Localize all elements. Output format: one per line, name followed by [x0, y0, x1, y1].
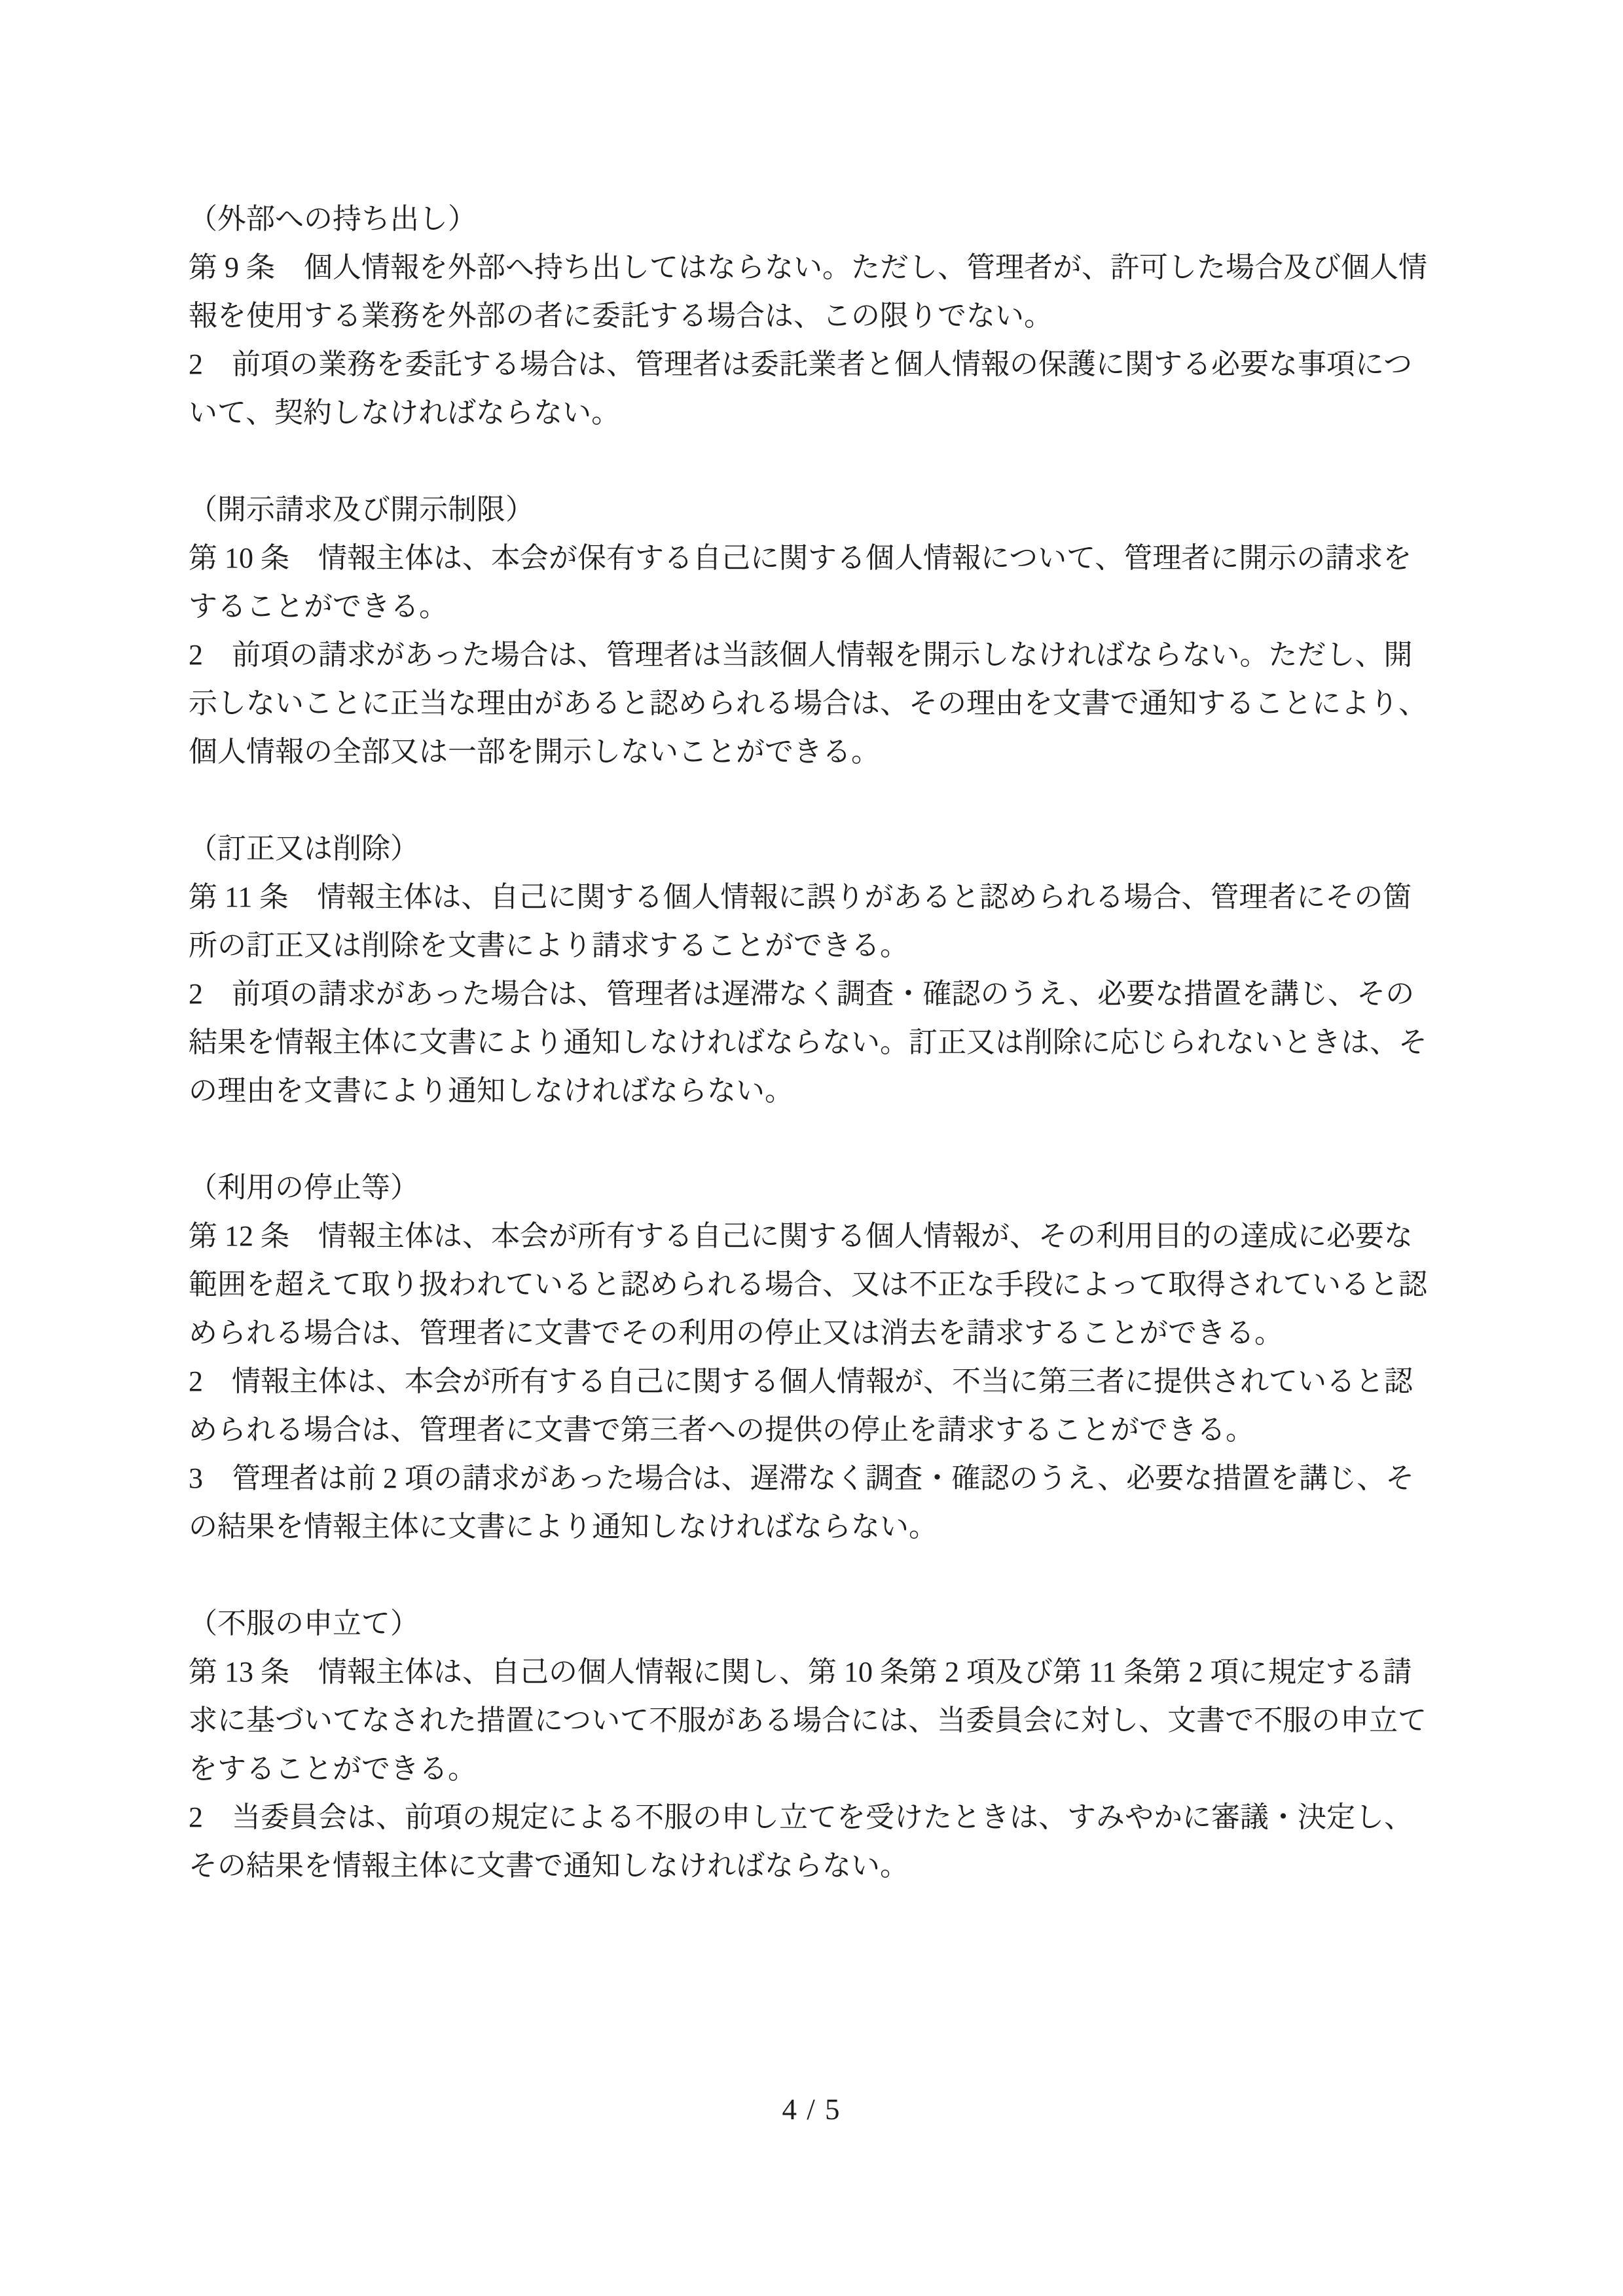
paragraph: 第 12 条 情報主体は、本会が所有する自己に関する個人情報が、その利用目的の達…: [189, 1212, 1436, 1357]
text-line: をすることができる。: [189, 1745, 1436, 1793]
section-heading: （訂正又は削除）: [189, 825, 1436, 873]
paragraph: 3 管理者は前 2 項の請求があった場合は、遅滞なく調査・確認のうえ、必要な措置…: [189, 1454, 1436, 1551]
text-line: 2 前項の業務を委託する場合は、管理者は委託業者と個人情報の保護に関する必要な事…: [189, 340, 1436, 389]
text-line: その結果を情報主体に文書で通知しなければならない。: [189, 1842, 1436, 1890]
text-line: 報を使用する業務を外部の者に委託する場合は、この限りでない。: [189, 292, 1436, 340]
paragraph: 2 前項の業務を委託する場合は、管理者は委託業者と個人情報の保護に関する必要な事…: [189, 340, 1436, 437]
text-line: 求に基づいてなされた措置について不服がある場合には、当委員会に対し、文書で不服の…: [189, 1696, 1436, 1745]
text-line: 第 12 条 情報主体は、本会が所有する自己に関する個人情報が、その利用目的の達…: [189, 1212, 1436, 1261]
paragraph: 第 10 条 情報主体は、本会が保有する自己に関する個人情報について、管理者に開…: [189, 534, 1436, 631]
text-line: 2 前項の請求があった場合は、管理者は遅滞なく調査・確認のうえ、必要な措置を講じ…: [189, 970, 1436, 1018]
text-line: められる場合は、管理者に文書で第三者への提供の停止を請求することができる。: [189, 1406, 1436, 1454]
document-section-4: （利用の停止等）第 12 条 情報主体は、本会が所有する自己に関する個人情報が、…: [189, 1164, 1436, 1551]
text-line: 3 管理者は前 2 項の請求があった場合は、遅滞なく調査・確認のうえ、必要な措置…: [189, 1454, 1436, 1503]
text-line: められる場合は、管理者に文書でその利用の停止又は消去を請求することができる。: [189, 1309, 1436, 1357]
text-line: することができる。: [189, 583, 1436, 631]
paragraph: 2 情報主体は、本会が所有する自己に関する個人情報が、不当に第三者に提供されてい…: [189, 1357, 1436, 1454]
page-number: 4 / 5: [0, 2085, 1623, 2134]
text-line: 所の訂正又は削除を文書により請求することができる。: [189, 922, 1436, 970]
document-page: （外部への持ち出し）第 9 条 個人情報を外部へ持ち出してはならない。ただし、管…: [0, 0, 1623, 2296]
text-line: 第 9 条 個人情報を外部へ持ち出してはならない。ただし、管理者が、許可した場合…: [189, 243, 1436, 292]
document-section-2: （開示請求及び開示制限）第 10 条 情報主体は、本会が保有する自己に関する個人…: [189, 486, 1436, 776]
text-line: いて、契約しなければならない。: [189, 389, 1436, 437]
paragraph: 2 前項の請求があった場合は、管理者は遅滞なく調査・確認のうえ、必要な措置を講じ…: [189, 970, 1436, 1115]
paragraph: 2 当委員会は、前項の規定による不服の申し立てを受けたときは、すみやかに審議・決…: [189, 1793, 1436, 1890]
paragraph: 第 13 条 情報主体は、自己の個人情報に関し、第 10 条第 2 項及び第 1…: [189, 1648, 1436, 1793]
document-section-1: （外部への持ち出し）第 9 条 個人情報を外部へ持ち出してはならない。ただし、管…: [189, 195, 1436, 437]
text-line: 個人情報の全部又は一部を開示しないことができる。: [189, 728, 1436, 776]
text-line: 2 情報主体は、本会が所有する自己に関する個人情報が、不当に第三者に提供されてい…: [189, 1357, 1436, 1406]
text-line: 範囲を超えて取り扱われていると認められる場合、又は不正な手段によって取得されてい…: [189, 1261, 1436, 1309]
paragraph: 2 前項の請求があった場合は、管理者は当該個人情報を開示しなければならない。ただ…: [189, 631, 1436, 776]
section-heading: （外部への持ち出し）: [189, 195, 1436, 243]
document-section-5: （不服の申立て）第 13 条 情報主体は、自己の個人情報に関し、第 10 条第 …: [189, 1600, 1436, 1890]
section-heading: （不服の申立て）: [189, 1600, 1436, 1648]
section-heading: （開示請求及び開示制限）: [189, 486, 1436, 534]
document-body: （外部への持ち出し）第 9 条 個人情報を外部へ持ち出してはならない。ただし、管…: [189, 195, 1436, 1939]
text-line: 第 10 条 情報主体は、本会が保有する自己に関する個人情報について、管理者に開…: [189, 534, 1436, 583]
paragraph: 第 9 条 個人情報を外部へ持ち出してはならない。ただし、管理者が、許可した場合…: [189, 243, 1436, 340]
text-line: の理由を文書により通知しなければならない。: [189, 1067, 1436, 1115]
text-line: 第 13 条 情報主体は、自己の個人情報に関し、第 10 条第 2 項及び第 1…: [189, 1648, 1436, 1696]
paragraph: 第 11 条 情報主体は、自己に関する個人情報に誤りがあると認められる場合、管理…: [189, 873, 1436, 970]
text-line: 2 前項の請求があった場合は、管理者は当該個人情報を開示しなければならない。ただ…: [189, 631, 1436, 679]
text-line: 2 当委員会は、前項の規定による不服の申し立てを受けたときは、すみやかに審議・決…: [189, 1793, 1436, 1842]
text-line: 示しないことに正当な理由があると認められる場合は、その理由を文書で通知することに…: [189, 679, 1436, 728]
text-line: 第 11 条 情報主体は、自己に関する個人情報に誤りがあると認められる場合、管理…: [189, 873, 1436, 922]
section-heading: （利用の停止等）: [189, 1164, 1436, 1212]
document-section-3: （訂正又は削除）第 11 条 情報主体は、自己に関する個人情報に誤りがあると認め…: [189, 825, 1436, 1115]
text-line: の結果を情報主体に文書により通知しなければならない。: [189, 1503, 1436, 1551]
text-line: 結果を情報主体に文書により通知しなければならない。訂正又は削除に応じられないとき…: [189, 1018, 1436, 1067]
